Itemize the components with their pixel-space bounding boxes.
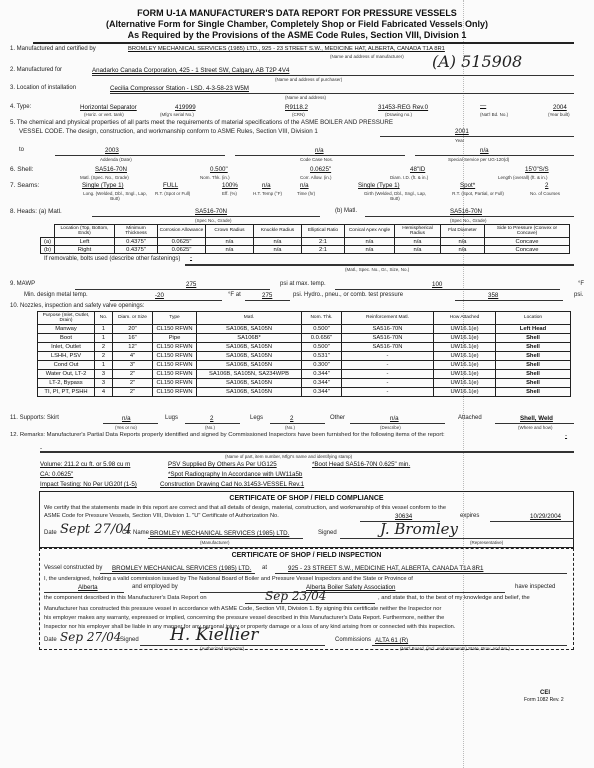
nozzles-col-thk: Nom. Thk.: [302, 312, 342, 325]
code-year-caption: Year: [455, 138, 464, 143]
representative-caption: (Representative): [470, 540, 503, 545]
mawp-label: 9. MAWP: [10, 281, 35, 287]
cell: SA106B, SA105N: [197, 379, 302, 388]
header-rule: [33, 42, 574, 44]
cell: Shell: [496, 379, 571, 388]
code-year-value: 2001: [455, 128, 469, 135]
nozzles-table-header: Purpose (Inlet, Outlet, Drain) No. Diam.…: [38, 312, 571, 325]
head-b-line: [365, 216, 574, 217]
stamp-number: (A) 515908: [432, 52, 522, 71]
drawing-caption: (Drawing no.): [385, 112, 412, 117]
inspection-text-5: his employer makes any warranty, express…: [44, 615, 444, 621]
manufacturer-value: BROMLEY MECHANICAL SERVICES (1985) LTD.,…: [128, 46, 445, 52]
heads-col-crown: Crown Radius: [206, 225, 254, 238]
purchaser-value: Anadarko Canada Corporation, 425 - 1 Str…: [92, 67, 289, 74]
shell-diam-value: 48"ID: [410, 166, 425, 173]
crn-value: R9118.2: [285, 104, 308, 111]
year-built-value: 2004: [553, 104, 567, 111]
cell: 0.0625": [158, 246, 206, 254]
nozzle-row: Inlet, Outlet212"CL150 RFWNSA106B, SA105…: [38, 343, 571, 352]
inspector-caption: (Authorized Inspector): [200, 646, 244, 651]
nozzle-row: Water Out, LT-232"CL150 RFWNSA106B, SA10…: [38, 370, 571, 379]
cell: Shell: [496, 361, 571, 370]
compliance-heading: CERTIFICATE OF SHOP / FIELD COMPLIANCE: [40, 495, 573, 502]
cell: SA106B, SA105N, SA234WPB: [197, 370, 302, 379]
at-psi-line: [245, 300, 290, 301]
at-psi-value: 275: [262, 292, 272, 299]
cell: n/a: [345, 246, 395, 254]
eff-value: 100%: [222, 182, 238, 189]
heads-col-elliptical: Elliptical Ratio: [302, 225, 345, 238]
max-temp-value: 100: [432, 281, 442, 288]
representative-signature: J. Bromley: [380, 520, 458, 538]
nozzle-row: Boot116"PipeSA106B*0.0.656"SA516-70NUW16…: [38, 334, 571, 343]
compliance-date-signature: Sept 27/04: [60, 522, 132, 537]
girth-caption: Girth (Welded, Dbl., Sngl., Lap, Butt): [360, 191, 430, 201]
cell: UW16.1(e): [434, 325, 496, 334]
cell: CL150 RFWN: [153, 388, 197, 397]
type-label: 4. Type:: [10, 104, 31, 110]
cell: n/a: [254, 238, 302, 246]
bolts-value: -: [190, 254, 192, 261]
cell: (b): [41, 246, 55, 254]
cell: SA516-70N: [342, 325, 434, 334]
heads-row-b: (b) Right 0.4375" 0.0625" n/a n/a 2:1 n/…: [41, 246, 570, 254]
nozzles-col-no: No.: [95, 312, 113, 325]
rt2-caption: R.T. (Spot, Partial, or Full): [448, 191, 508, 196]
remarks-caption: (Name of part, item number, Mfgr's name …: [225, 454, 352, 459]
attached-label: Attached: [458, 415, 482, 421]
heads-col-side: Side to Pressure (Convex or Concave): [485, 225, 570, 238]
cell: Pipe: [153, 334, 197, 343]
rt2-value: Spot*: [460, 182, 475, 189]
cell: CL150 RFWN: [153, 343, 197, 352]
cell: UW16.1(e): [434, 388, 496, 397]
nozzle-row: Manway120"CL150 RFWNSA106B, SA105N0.500"…: [38, 325, 571, 334]
cell: CL150 RFWN: [153, 361, 197, 370]
compliance-text-1: We certify that the statements made in t…: [44, 505, 446, 511]
cell: n/a: [345, 238, 395, 246]
hydro-label: psi. Hydro., pneu., or comb. test pressu…: [293, 292, 403, 298]
cell: UW16.1(e): [434, 343, 496, 352]
skirt-caption: (Yes or no): [115, 425, 137, 430]
cell: SA106B, SA105N: [197, 352, 302, 361]
f-at-label: °F at: [228, 292, 241, 298]
cell: 4: [95, 388, 113, 397]
seams-label: 7. Seams:: [10, 182, 39, 189]
attached-line: [495, 423, 574, 424]
cell: 1: [95, 334, 113, 343]
footer-form-rev: Form 1082 Rev. 2: [524, 697, 564, 703]
cell: 20": [113, 325, 153, 334]
cell: 12": [113, 343, 153, 352]
legs-value: 2: [290, 415, 293, 422]
shell-label: 6. Shell:: [10, 166, 34, 173]
girth-value: Single (Type 1): [358, 182, 400, 189]
lugs-line: [185, 423, 240, 424]
inspection-date-signature: Sep 27/04: [60, 630, 121, 644]
employed-by-label: and employed by: [132, 584, 178, 590]
nozzles-col-purpose: Purpose (Inlet, Outlet, Drain): [38, 312, 95, 325]
inspection-text-4: Manufacturer has constructed this pressu…: [44, 606, 441, 612]
type-caption: (Horiz. or vert. tank): [84, 112, 124, 117]
lugs-label: Lugs: [165, 415, 178, 421]
serial-value: 419999: [175, 104, 196, 111]
cell: (a): [41, 238, 55, 246]
at-line: [275, 573, 567, 574]
nozzle-row: LT-2, Bypass32"CL150 RFWNSA106B, SA105N0…: [38, 379, 571, 388]
compliance-signed-label: Signed: [318, 530, 337, 536]
cell: UW16.1(e): [434, 352, 496, 361]
heads-col-knuckle: Knuckle Radius: [254, 225, 302, 238]
cell: 0.500": [302, 325, 342, 334]
rt-value: FULL: [163, 182, 178, 189]
cell: -: [342, 352, 434, 361]
cell: 1: [95, 361, 113, 370]
commissions-label: Commissions: [335, 637, 371, 643]
cell: SA106B, SA105N: [197, 343, 302, 352]
cell: 0.4375": [115, 238, 158, 246]
location-caption: (Name and address): [285, 95, 326, 100]
cell: UW16.1(e): [434, 370, 496, 379]
head-b-matl-value: SA516-70N: [450, 208, 482, 215]
constructed-by-line: [100, 573, 255, 574]
cell: n/a: [395, 238, 441, 246]
cell: LT-2, Bypass: [38, 379, 95, 388]
note-psv: PSV Supplied By Others As Per UG125: [168, 461, 277, 468]
cell: SA106B*: [197, 334, 302, 343]
natl-bd-value: —: [480, 102, 486, 109]
skirt-line: [103, 423, 158, 424]
code-case-caption: Code Case Nos.: [300, 157, 333, 162]
inspection-heading: CERTIFICATE OF SHOP / FIELD INSPECTION: [40, 552, 573, 559]
note-drawing: Construction Drawing Cad No.31453-VESSEL…: [160, 481, 304, 488]
cell: Cond Out: [38, 361, 95, 370]
cell: -: [342, 370, 434, 379]
cell: Right: [55, 246, 115, 254]
cell: n/a: [254, 246, 302, 254]
constructed-by-label: Vessel constructed by: [44, 565, 102, 571]
cell: n/a: [206, 246, 254, 254]
cell: SA106B, SA105N: [197, 388, 302, 397]
cell: 16": [113, 334, 153, 343]
time-value: n/a: [300, 182, 309, 189]
shell-corr-caption: Corr. Allow. (in.): [300, 175, 332, 180]
heads-col-min-thk: Minimum Thickness: [115, 225, 158, 238]
note-ca: CA: 0.0625": [40, 471, 73, 478]
addenda-line: [55, 155, 225, 156]
cert-auth-no: 30634: [395, 513, 412, 520]
cell: 0.344": [302, 388, 342, 397]
code-year-line: [380, 136, 574, 137]
purchaser-line: [92, 75, 574, 76]
serial-caption: (Mfg's serial No.): [160, 112, 194, 117]
drawing-value: 31453-REG Rev.0: [378, 104, 428, 111]
cell: Concave: [485, 238, 570, 246]
heads-label: 8. Heads: (a) Matl.: [10, 208, 62, 215]
rt-caption: R.T. (Spot or Full): [155, 191, 190, 196]
cell: Manway: [38, 325, 95, 334]
heads-col-location: Location (Top, Bottom, Ends): [55, 225, 115, 238]
cell: Boot: [38, 334, 95, 343]
heads-table-header: Location (Top, Bottom, Ends) Minimum Thi…: [41, 225, 570, 238]
cell: TI, PI, PT, PSHH: [38, 388, 95, 397]
cell: Water Out, LT-2: [38, 370, 95, 379]
cell: UW16.1(e): [434, 379, 496, 388]
co-name-caption: (Manufacturer): [200, 540, 230, 545]
attached-value: Shell, Weld: [520, 415, 553, 422]
inspection-text-3b: , and state that, to the best of my know…: [378, 595, 530, 601]
form-u1a-page: FORM U-1A MANUFACTURER'S DATA REPORT FOR…: [0, 0, 594, 768]
cell: -: [342, 379, 434, 388]
cell: LSHH, PSV: [38, 352, 95, 361]
cell: 0.531": [302, 352, 342, 361]
test-pressure-value: 358: [488, 292, 498, 299]
cell: 3: [95, 370, 113, 379]
legs-label: Legs: [250, 415, 263, 421]
time-caption: Time (hr): [297, 191, 315, 196]
cell: 2": [113, 370, 153, 379]
constructed-by-value: BROMLEY MECHANICAL SERVICES (1985) LTD.: [112, 565, 251, 572]
cell: 4": [113, 352, 153, 361]
mawp-line: [75, 289, 270, 290]
cell: 2: [95, 352, 113, 361]
cell: Shell: [496, 343, 571, 352]
cell: CL150 RFWN: [153, 352, 197, 361]
at-value: 925 - 23 STREET S.W., MEDICINE HAT, ALBE…: [288, 565, 483, 572]
have-inspected-label: have inspected: [515, 584, 555, 590]
cell: n/a: [206, 238, 254, 246]
addenda-caption: Addenda (Date): [100, 157, 132, 162]
inspection-text-3a: the component described in this Manufact…: [44, 595, 207, 601]
nozzle-row: TI, PI, PT, PSHH42"CL150 RFWNSA106B, SA1…: [38, 388, 571, 397]
cell: 2:1: [302, 238, 345, 246]
mdmt-label: Min. design metal temp.: [24, 292, 88, 298]
shell-diam-caption: Diam. I.D. (ft. & in.): [390, 175, 428, 180]
cell: 2:1: [302, 246, 345, 254]
remarks-line: [40, 451, 574, 453]
cell: 3: [95, 379, 113, 388]
nozzles-col-reinf: Reinforcement Matl.: [342, 312, 434, 325]
type-value: Horizontal Separator: [80, 104, 137, 111]
to-label: to: [19, 147, 24, 153]
special-service-value: n/a: [480, 147, 489, 154]
cell: Shell: [496, 352, 571, 361]
other-value: n/a: [390, 415, 399, 422]
max-temp-line: [335, 289, 560, 290]
cell: 0.300": [302, 361, 342, 370]
cell: 0.500": [302, 343, 342, 352]
manufacturer-caption: (Name and address of manufacturer): [330, 54, 404, 59]
bolts-line: [185, 264, 574, 266]
inspection-signed-label: Signed: [120, 637, 139, 643]
cell: CL150 RFWN: [153, 370, 197, 379]
expires-value: 10/29/2004: [530, 513, 561, 520]
courses-caption: No. of Courses: [530, 191, 560, 196]
eff-caption: Eff. (%): [222, 191, 237, 196]
psi-at-max-label: psi at max. temp.: [280, 281, 326, 287]
note-boot-head: *Boot Head SA516-70N 0.625" min.: [312, 461, 410, 468]
nozzles-col-location: Location: [496, 312, 571, 325]
cell: SA106B, SA105N: [197, 325, 302, 334]
cell: n/a: [395, 246, 441, 254]
commissions-value: ALTA 61 (R): [375, 637, 408, 644]
item5-text-2: VESSEL CODE. The design, construction, a…: [19, 128, 318, 135]
note-impact: Impact Testing: No Per UG20f (1-5): [40, 481, 137, 488]
co-name-value: BROMLEY MECHANICAL SERVICES (1985) LTD.: [150, 530, 289, 537]
shell-thk-caption: Nom. Thk. (in.): [200, 175, 230, 180]
cell: 2": [113, 379, 153, 388]
long-seam-value: Single (Type 1): [82, 182, 124, 189]
nozzles-label: 10. Nozzles, inspection and safety valve…: [10, 303, 144, 309]
heads-row-a: (a) Left 0.4375" 0.0625" n/a n/a 2:1 n/a…: [41, 238, 570, 246]
note-volume: Volume: 211.2 cu ft. or 5.98 cu m: [40, 461, 130, 468]
cell: 3": [113, 361, 153, 370]
long-seam-caption: Long. (Welded, Dbl., Sngl., Lap, Butt): [80, 191, 150, 201]
nozzle-row: Cond Out13"CL150 RFWNSA106B, SA105N0.300…: [38, 361, 571, 370]
shell-thk-value: 0.500": [210, 166, 228, 173]
cell: 0.344": [302, 370, 342, 379]
cell: UW16.1(e): [434, 361, 496, 370]
f-unit: °F: [578, 281, 584, 287]
cell: 0.0.656": [302, 334, 342, 343]
head-b-caption: (Spec No., Grade): [450, 218, 487, 223]
purchaser-caption: (Name and address of purchaser): [275, 77, 342, 82]
cell: Shell: [496, 370, 571, 379]
footer-cei: CEI: [540, 690, 550, 696]
employer-line: [200, 592, 505, 593]
inspector-signature: H. Kiellier: [170, 625, 258, 645]
addenda-value: 2003: [105, 147, 119, 154]
cell: Left: [55, 238, 115, 246]
shell-length-value: 15'0"S/S: [525, 166, 549, 173]
shell-matl-value: SA516-70N: [95, 166, 127, 173]
cell: 0.0625": [158, 238, 206, 246]
expires-label: expires: [460, 513, 479, 519]
psi-unit: psi.: [574, 292, 583, 298]
head-a-line: [92, 216, 320, 217]
legs-caption: (No.): [285, 425, 295, 430]
lugs-value: 2: [210, 415, 213, 422]
head-a-caption: (Spec No., Grade): [195, 218, 232, 223]
cell: -: [342, 361, 434, 370]
location-line: [110, 93, 574, 94]
courses-value: 2: [545, 182, 548, 189]
co-name-line: [148, 538, 303, 539]
cell: Concave: [485, 246, 570, 254]
other-line: [350, 423, 445, 424]
form-subtitle-2: As Required by the Provisions of the ASM…: [0, 30, 594, 40]
cell: SA516-70N: [342, 343, 434, 352]
lugs-caption: (No.): [205, 425, 215, 430]
year-built-caption: (Year built): [548, 112, 570, 117]
cell: Shell: [496, 334, 571, 343]
cell: UW16.1(e): [434, 334, 496, 343]
form-title: FORM U-1A MANUFACTURER'S DATA REPORT FOR…: [0, 8, 594, 18]
cell: n/a: [441, 238, 485, 246]
heads-col-hemi: Hemispherical Radius: [395, 225, 441, 238]
nozzles-table: Purpose (Inlet, Outlet, Drain) No. Diam.…: [37, 311, 571, 397]
cell: 2": [113, 388, 153, 397]
province-value: Alberta: [78, 584, 98, 591]
legs-line: [270, 423, 325, 424]
cell: -: [342, 388, 434, 397]
nozzle-row: LSHH, PSV24"CL150 RFWNSA106B, SA105N0.53…: [38, 352, 571, 361]
form-subtitle: (Alternative Form for Single Chamber, Co…: [0, 19, 594, 29]
mdmt-value: -20: [155, 292, 164, 299]
province-line: [44, 592, 124, 593]
cell: Inlet, Outlet: [38, 343, 95, 352]
note-radiography: *Spot Radiography In Accordance with UW1…: [168, 471, 302, 478]
code-case-line: [235, 155, 405, 156]
bolts-caption: (Matl., Spec. No., Gr., Size, No.): [345, 267, 409, 272]
inspected-date-line: [245, 603, 375, 604]
location-value: Cecilia Compressor Station - LSD. 4-3-58…: [110, 85, 249, 92]
location-label: 3. Location of installation: [10, 85, 76, 91]
cell: n/a: [441, 246, 485, 254]
purchaser-label: 2. Manufactured for: [10, 67, 62, 73]
head-a-matl-value: SA516-70N: [195, 208, 227, 215]
remarks-label: 12. Remarks: Manufacturer's Partial Data…: [10, 432, 445, 438]
item5-text-1: 5. The chemical and physical properties …: [10, 119, 393, 126]
cell: CL150 RFWN: [153, 325, 197, 334]
cell: SA106B, SA105N: [197, 361, 302, 370]
compliance-text-2: ASME Code for Pressure Vessels, Section …: [44, 513, 279, 519]
inspection-text-1: I, the undersigned, holding a valid comm…: [44, 576, 413, 582]
attached-caption: (Where and how): [518, 425, 553, 430]
code-case-value: n/a: [315, 147, 324, 154]
shell-length-caption: Length (overall) (ft. & in.): [498, 175, 548, 180]
commissions-caption: (Nat'l Board, (incl. endorsements) State…: [400, 646, 510, 651]
special-service-caption: Special Service per UG-120(d): [448, 157, 509, 162]
cell: 0.344": [302, 379, 342, 388]
test-pressure-line: [455, 300, 563, 301]
co-name-label: Co. Name: [122, 530, 149, 536]
cell: CL150 RFWN: [153, 379, 197, 388]
expires-line: [490, 521, 574, 522]
nozzles-col-type: Type: [153, 312, 197, 325]
cell: 2: [95, 343, 113, 352]
head-b-label: (b) Matl.: [335, 208, 357, 214]
natl-bd-caption: (Nat'l Bd. No.): [480, 112, 508, 117]
supports-label: 11. Supports: Skirt: [10, 415, 59, 421]
cell: Left Head: [496, 325, 571, 334]
compliance-date-label: Date: [44, 530, 57, 536]
skirt-value: n/a: [122, 415, 131, 422]
heads-col-flat: Flat Diameter: [441, 225, 485, 238]
mawp-value: 275: [186, 281, 196, 288]
heads-col-blank: [41, 225, 55, 238]
shell-matl-caption: Matl. (Spec. No., Grade): [80, 175, 129, 180]
manufacturer-label: 1. Manufactured and certified by: [10, 46, 96, 52]
special-service-line: [415, 155, 574, 156]
nozzles-col-diam: Diam. or Size: [113, 312, 153, 325]
heads-table: Location (Top, Bottom, Ends) Minimum Thi…: [40, 224, 570, 254]
bolts-label: If removable, bolts used (describe other…: [44, 256, 180, 262]
nozzles-col-attached: How Attached: [434, 312, 496, 325]
inspection-date-label: Date: [44, 637, 57, 643]
nozzles-col-matl: Matl.: [197, 312, 302, 325]
heads-col-corr: Corrosion Allowance: [158, 225, 206, 238]
cell: 0.4375": [115, 246, 158, 254]
ht-temp-caption: H.T. Temp (°F): [253, 191, 282, 196]
cell: Shell: [496, 388, 571, 397]
heads-col-conical: Conical Apex Angle: [345, 225, 395, 238]
crn-caption: (CRN): [292, 112, 305, 117]
at-label: at: [262, 565, 267, 571]
remarks-value: -: [565, 432, 567, 439]
ht-temp-value: n/a: [262, 182, 271, 189]
